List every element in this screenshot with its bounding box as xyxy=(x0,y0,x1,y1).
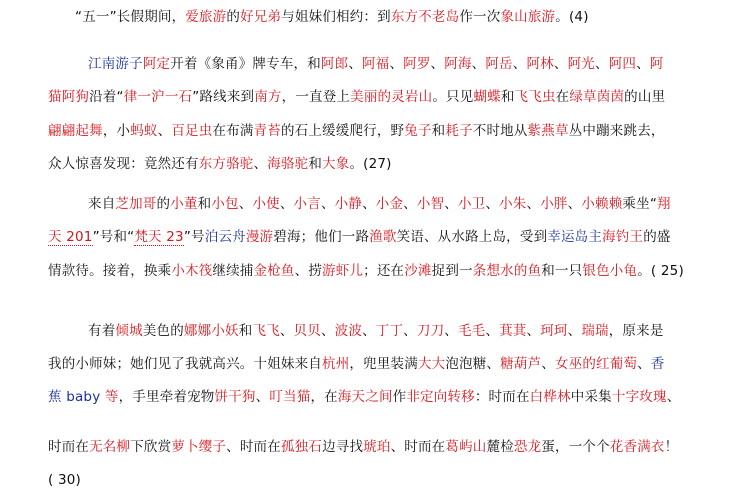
body-text: 继续捕 xyxy=(212,263,253,279)
body-text: 和 xyxy=(501,89,515,105)
text-line: 来自芝加哥的小董和小包、小使、小言、小静、小金、小智、小卫、小朱、小胖、小赖赖乘… xyxy=(88,195,671,213)
body-text: 、 xyxy=(568,323,582,339)
highlighted-term-red: 阿福 xyxy=(362,56,389,72)
highlighted-term-red: 青苔 xyxy=(254,123,281,139)
highlighted-term-red: 海骆驼 xyxy=(267,156,308,172)
body-text: 、 xyxy=(568,196,582,212)
body-text: ！ xyxy=(665,439,679,455)
highlighted-term-red: 非定向转移 xyxy=(406,389,475,405)
highlighted-term-red: 小赖赖 xyxy=(581,196,622,212)
highlighted-term-red: 阿郎 xyxy=(321,56,348,72)
text-line: 江南游子阿定开着《象甬》牌专车，和阿郎、阿福、阿罗、阿海、阿岳、阿林、阿光、阿四… xyxy=(88,55,664,73)
body-text: ，一直登上 xyxy=(282,89,351,105)
highlighted-term-red: 女巫的红葡萄 xyxy=(555,356,637,372)
body-text: 、 xyxy=(239,196,253,212)
text-line: 有着倾城美色的娜娜小妖和飞飞、贝贝、波波、丁丁、刀刀、毛毛、萁萁、珂珂、瑞瑞，原… xyxy=(88,322,664,340)
text-line: 情款待。接着，换乘小木筏继续捕金枪鱼、捞游虾儿；还在沙滩捉到一条想水的鱼和一只银… xyxy=(48,262,684,280)
body-text: 我的小师妹；她们见了我就高兴。十姐妹来自 xyxy=(48,356,322,372)
body-text: 。(27) xyxy=(349,156,391,172)
highlighted-term-blue: 幸运岛主 xyxy=(547,229,602,245)
highlighted-term-red: 天 201 xyxy=(48,229,93,246)
highlighted-term-red: 萁萁 xyxy=(499,323,526,339)
body-text: 和 xyxy=(198,196,212,212)
highlighted-term-red: 孤独石 xyxy=(281,439,322,455)
body-text: 众人惊喜发现：竟然还有 xyxy=(48,156,199,172)
body-text: 。(4) xyxy=(555,9,588,25)
body-text: 乘坐“ xyxy=(622,196,657,212)
body-text: 碧海；他们一路 xyxy=(273,229,369,245)
text-line: 众人惊喜发现：竟然还有东方骆驼、海骆驼和大象。(27) xyxy=(48,155,392,173)
body-text: 、 xyxy=(667,389,681,405)
body-text: ”号 xyxy=(184,229,205,245)
highlighted-term-red: 东方骆驼 xyxy=(199,156,254,172)
body-text: 、 xyxy=(444,323,458,339)
highlighted-term-red: 翔 xyxy=(657,196,671,212)
body-text: 、 xyxy=(389,56,403,72)
highlighted-term-red: 海天之间 xyxy=(338,389,393,405)
highlighted-term-red: 大象 xyxy=(322,156,349,172)
text-line: 天 201”号和“梵天 23”号泊云舟漫游碧海；他们一路渔歌笑语、从水路上岛，受… xyxy=(48,228,671,246)
highlighted-term-red: 小使 xyxy=(252,196,279,212)
body-text: 麓检 xyxy=(487,439,514,455)
highlighted-term-red: 小包 xyxy=(211,196,238,212)
highlighted-term-red: 阿 xyxy=(650,56,664,72)
highlighted-term-red: 蝴蝶 xyxy=(473,89,500,105)
highlighted-term-red: 恐龙 xyxy=(514,439,541,455)
highlighted-term-red: 翩翩起舞 xyxy=(48,123,103,139)
highlighted-term-blue: 香 xyxy=(651,356,665,372)
highlighted-term-red: 贝贝 xyxy=(294,323,321,339)
highlighted-term-red: 葛屿山 xyxy=(445,439,486,455)
text-line: 翩翩起舞，小蚂蚁、百足虫在布满青苔的石上缓缓爬行，野兔子和耗子不时地从紫燕草丛中… xyxy=(48,122,665,140)
body-text: 情款待。接着，换乘 xyxy=(48,263,171,279)
body-text: 和 xyxy=(308,156,322,172)
highlighted-term-red: 娜娜小妖 xyxy=(184,323,239,339)
highlighted-term-red: 饼干狗 xyxy=(215,389,256,405)
highlighted-term-red: 阿罗 xyxy=(403,56,430,72)
highlighted-term-red: 花香满衣 xyxy=(610,439,665,455)
highlighted-term-red: 绿草茵茵 xyxy=(569,89,624,105)
body-text: 、 xyxy=(595,56,609,72)
body-text: 边寻找 xyxy=(322,439,363,455)
highlighted-term-red: 小胖 xyxy=(540,196,567,212)
highlighted-term-red: 渔歌 xyxy=(369,229,396,245)
body-text: 、 xyxy=(527,196,541,212)
highlighted-term-blue: 蕉 baby xyxy=(48,389,100,405)
body-text: ，小 xyxy=(103,123,130,139)
body-text: 不时地从 xyxy=(473,123,528,139)
highlighted-term-red: 丁丁 xyxy=(376,323,403,339)
highlighted-term-red: 飞飞虫 xyxy=(515,89,556,105)
body-text: 、 xyxy=(513,56,527,72)
body-text: 、 xyxy=(541,356,555,372)
highlighted-term-red: 琥珀 xyxy=(363,439,390,455)
body-text: ，在 xyxy=(310,389,337,405)
body-text: 、 xyxy=(485,323,499,339)
body-text: 沿着“ xyxy=(89,89,124,105)
body-text: 。只见 xyxy=(432,89,473,105)
body-text: 、 xyxy=(554,56,568,72)
body-text: 捉到一 xyxy=(432,263,473,279)
body-text: 在布满 xyxy=(212,123,253,139)
highlighted-term-red: 大大 xyxy=(418,356,445,372)
text-line: 蕉 baby 等，手里牵着宠物饼干狗、叮当猫，在海天之间作非定向转移：时而在白桦… xyxy=(48,388,680,406)
highlighted-term-red: 蚂蚁 xyxy=(130,123,157,139)
body-text: 、 xyxy=(403,196,417,212)
body-text: 、时而在 xyxy=(226,439,281,455)
body-text: 、 xyxy=(431,56,445,72)
body-text: 、 xyxy=(254,156,268,172)
highlighted-term-red: 瑞瑞 xyxy=(581,323,608,339)
highlighted-term-red: 倾城 xyxy=(115,323,142,339)
body-text: 的山里 xyxy=(624,89,665,105)
body-text: 和 xyxy=(432,123,446,139)
body-text: ( 30) xyxy=(48,472,81,488)
highlighted-term-red: 芝加哥 xyxy=(115,196,156,212)
body-text: 、捞 xyxy=(295,263,322,279)
highlighted-term-red: 阿岳 xyxy=(485,56,512,72)
body-text: 中采集 xyxy=(571,389,612,405)
body-text: 、 xyxy=(280,196,294,212)
body-text: 、 xyxy=(321,196,335,212)
body-text: 、 xyxy=(472,56,486,72)
body-text: 美色的 xyxy=(143,323,184,339)
highlighted-term-red: 东方不老岛 xyxy=(391,9,460,25)
body-text: 下欣赏 xyxy=(130,439,171,455)
body-text: 的 xyxy=(157,196,171,212)
highlighted-term-red: 小卫 xyxy=(458,196,485,212)
highlighted-term-red: 白桦林 xyxy=(530,389,571,405)
body-text: 泡泡糖、 xyxy=(445,356,500,372)
body-text: 作一次 xyxy=(459,9,500,25)
body-text: 的石上缓缓爬行，野 xyxy=(281,123,404,139)
text-line: 时而在无名柳下欣赏萝卜缨子、时而在孤独石边寻找琥珀、时而在葛屿山麓检恐龙蛋，一个… xyxy=(48,438,678,456)
body-text: 丛中蹦来跳去， xyxy=(569,123,665,139)
highlighted-term-red: 游虾儿 xyxy=(322,263,363,279)
body-text: 、 xyxy=(444,196,458,212)
highlighted-term-red: 小朱 xyxy=(499,196,526,212)
body-text: 、 xyxy=(158,123,172,139)
body-text: 、 xyxy=(527,323,541,339)
body-text: 、 xyxy=(256,389,270,405)
highlighted-term-red: 百足虫 xyxy=(171,123,212,139)
body-text: “五一”长假期间， xyxy=(75,9,185,25)
body-text: 、 xyxy=(362,323,376,339)
body-text: 在 xyxy=(556,89,570,105)
highlighted-term-red: 糖葫芦 xyxy=(500,356,541,372)
highlighted-term-red: 小木筏 xyxy=(171,263,212,279)
body-text: 。( 25) xyxy=(637,263,684,279)
body-text: 时而在 xyxy=(48,439,89,455)
highlighted-term-red: 阿海 xyxy=(444,56,471,72)
highlighted-term-red: 金枪鱼 xyxy=(254,263,295,279)
highlighted-term-red: 阿四 xyxy=(609,56,636,72)
highlighted-term-red: 波波 xyxy=(335,323,362,339)
highlighted-term-blue: 江南游子 xyxy=(88,56,143,72)
highlighted-term-red: 兔子 xyxy=(404,123,431,139)
highlighted-term-red: 珂珂 xyxy=(540,323,567,339)
highlighted-term-red: 阿定 xyxy=(143,56,170,72)
body-text: ：时而在 xyxy=(475,389,530,405)
highlighted-term-red: 象山旅游 xyxy=(500,9,555,25)
highlighted-term-red: 毛毛 xyxy=(458,323,485,339)
highlighted-term-red: 飞飞 xyxy=(252,323,279,339)
highlighted-term-red: 漫游 xyxy=(246,229,273,245)
highlighted-term-red: 好兄弟 xyxy=(240,9,281,25)
body-text: 、 xyxy=(321,323,335,339)
body-text: ”路线来到 xyxy=(192,89,254,105)
body-text: 和 xyxy=(239,323,253,339)
body-text: 作 xyxy=(393,389,407,405)
text-line: “五一”长假期间，爱旅游的好兄弟与姐妹们相约：到东方不老岛作一次象山旅游。(4) xyxy=(75,8,589,26)
highlighted-term-red: 叮当猫 xyxy=(269,389,310,405)
highlighted-term-red: 爱旅游 xyxy=(185,9,226,25)
body-text: 的盛 xyxy=(643,229,670,245)
highlighted-term-red: 美丽的灵岩山 xyxy=(350,89,432,105)
highlighted-term-red: 猫阿狗 xyxy=(48,89,89,105)
text-line: 猫阿狗沿着“律一沪一石”路线来到南方，一直登上美丽的灵岩山。只见蝴蝶和飞飞虫在绿… xyxy=(48,88,665,106)
body-text: ”号和“ xyxy=(93,229,135,245)
highlighted-term-red: 海钓王 xyxy=(602,229,643,245)
body-text: 来自 xyxy=(88,196,115,212)
body-text: 蛋，一个个 xyxy=(541,439,610,455)
body-text: 有着 xyxy=(88,323,115,339)
highlighted-term-red: 小董 xyxy=(170,196,197,212)
highlighted-term-blue: 泊云舟 xyxy=(205,229,246,245)
body-text: 笑语、从水路上岛，受到 xyxy=(397,229,548,245)
highlighted-term-red: 等 xyxy=(105,389,119,405)
body-text: 、 xyxy=(485,196,499,212)
body-text: 、 xyxy=(403,323,417,339)
highlighted-term-red: 阿林 xyxy=(526,56,553,72)
highlighted-term-red: 耗子 xyxy=(445,123,472,139)
highlighted-term-red: 小金 xyxy=(376,196,403,212)
highlighted-term-red: 南方 xyxy=(254,89,281,105)
highlighted-term-red: 律一沪一石 xyxy=(124,89,193,105)
body-text: ，手里牵着宠物 xyxy=(119,389,215,405)
body-text: 、 xyxy=(636,56,650,72)
highlighted-term-red: 小智 xyxy=(417,196,444,212)
highlighted-term-red: 紫燕草 xyxy=(528,123,569,139)
body-text: ，兜里装满 xyxy=(349,356,418,372)
highlighted-term-red: 小静 xyxy=(335,196,362,212)
body-text: 开着《象甬》牌专车，和 xyxy=(170,56,321,72)
document-page: “五一”长假期间，爱旅游的好兄弟与姐妹们相约：到东方不老岛作一次象山旅游。(4)… xyxy=(0,0,750,497)
body-text: 和一只 xyxy=(541,263,582,279)
text-line: ( 30) xyxy=(48,471,81,489)
body-text: ；还在 xyxy=(363,263,404,279)
highlighted-term-red: 无名柳 xyxy=(89,439,130,455)
highlighted-term-red: 条想水的鱼 xyxy=(473,263,542,279)
highlighted-term-red: 杭州 xyxy=(322,356,349,372)
highlighted-term-red: 小言 xyxy=(294,196,321,212)
highlighted-term-red: 梵天 23 xyxy=(134,229,183,246)
highlighted-term-red: 十字玫瑰 xyxy=(612,389,667,405)
body-text: 、 xyxy=(348,56,362,72)
body-text: 、 xyxy=(362,196,376,212)
highlighted-term-red: 阿光 xyxy=(568,56,595,72)
body-text: 的 xyxy=(226,9,240,25)
highlighted-term-red: 沙滩 xyxy=(404,263,431,279)
body-text: 、时而在 xyxy=(391,439,446,455)
text-line: 我的小师妹；她们见了我就高兴。十姐妹来自杭州，兜里装满大大泡泡糖、糖葫芦、女巫的… xyxy=(48,355,665,373)
highlighted-term-red: 萝卜缨子 xyxy=(171,439,226,455)
body-text: 与姐妹们相约：到 xyxy=(281,9,391,25)
body-text: 、 xyxy=(637,356,651,372)
highlighted-term-red: 银色小龟 xyxy=(582,263,637,279)
highlighted-term-red: 刀刀 xyxy=(417,323,444,339)
body-text: 、 xyxy=(280,323,294,339)
body-text: ，原来是 xyxy=(609,323,664,339)
